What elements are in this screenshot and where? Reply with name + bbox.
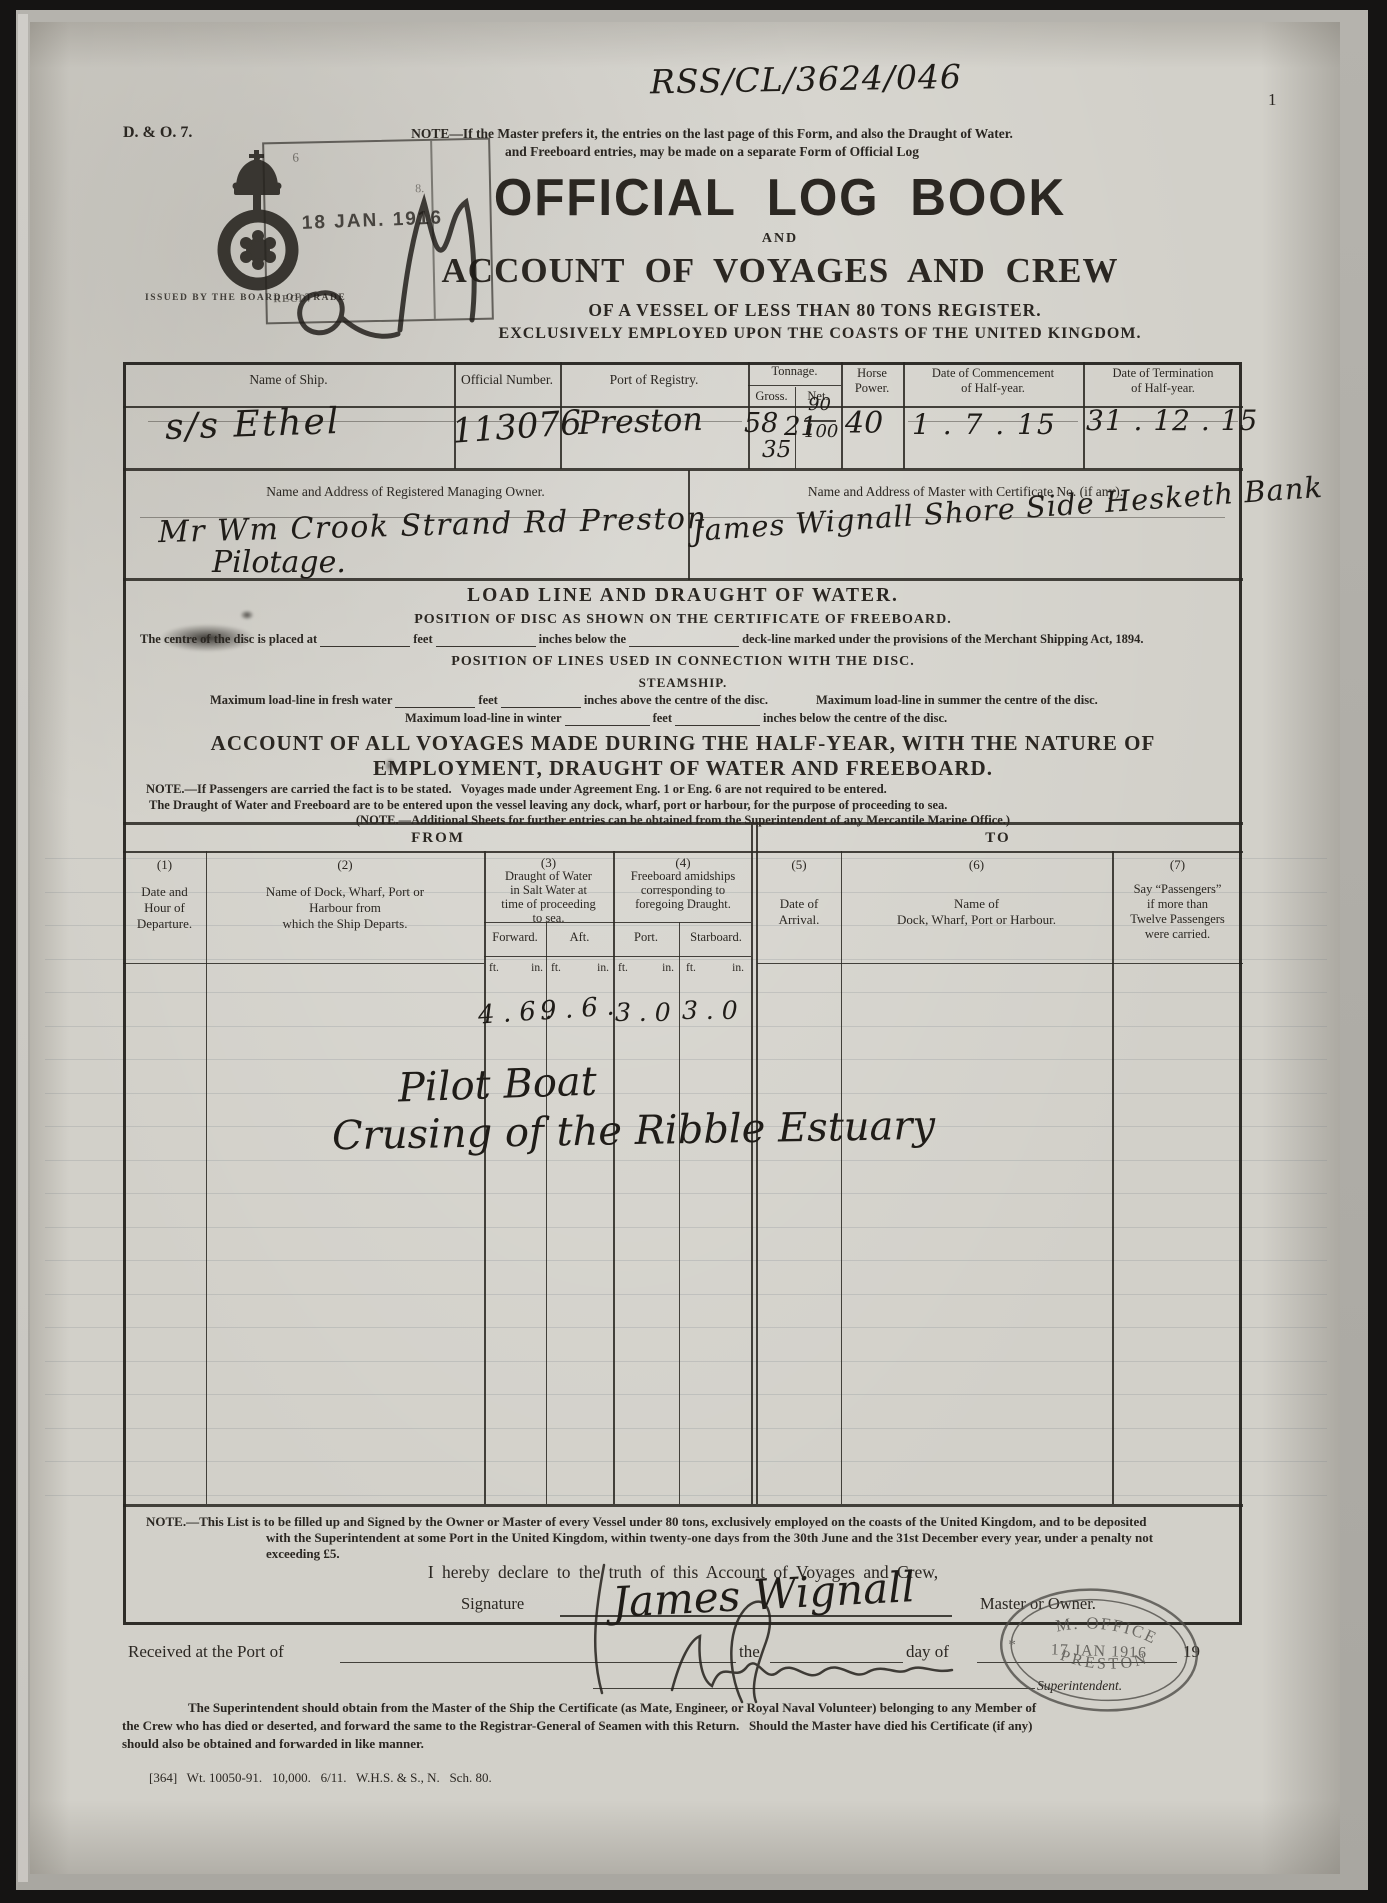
col-gross: Gross. (748, 389, 795, 404)
page-number: 1 (1268, 90, 1277, 110)
blank-field (629, 633, 739, 647)
declaration-note-line2: with the Superintendent at some Port in … (266, 1530, 1153, 1546)
starboard-subheader: Starboard. (679, 930, 753, 945)
col-horse-power: Horse Power. (841, 366, 903, 396)
col3-header: Draught of Water in Salt Water at time o… (484, 869, 613, 925)
load-line-heading: LOAD LINE AND DRAUGHT OF WATER. (123, 585, 1243, 607)
stamp-date: 17 JAN 1916 (1051, 1641, 1148, 1661)
account-note3: (NOTE.—Additional Sheets for further ent… (123, 813, 1243, 828)
gross-tonnage-value: 58 (744, 408, 778, 439)
archive-reference-number: RSS/CL/3624/046 (650, 58, 921, 102)
closing-line3: should also be obtained and forwarded in… (122, 1736, 424, 1752)
blank-field (501, 694, 581, 708)
aft-subheader: Aft. (546, 930, 613, 945)
printer-imprint: [364] Wt. 10050-91. 10,000. 6/11. W.H.S.… (149, 1770, 492, 1786)
in-label: in. (531, 962, 543, 974)
freeboard-starboard-value: 3 . 0 (682, 996, 738, 1025)
forward-subheader: Forward. (484, 930, 546, 945)
col6-number: (6) (841, 857, 1112, 873)
port-subheader: Port. (613, 930, 679, 945)
net-tonnage-denominator: 100 (804, 421, 838, 442)
owner-value-line2: Pilotage. (212, 545, 346, 580)
declaration-note-line1: NOTE.—This List is to be filled up and S… (146, 1514, 1146, 1530)
horse-power-value: 40 (845, 406, 883, 441)
freeboard-port-value: 3 . 0 (615, 998, 671, 1027)
account-note2: The Draught of Water and Freeboard are t… (149, 798, 947, 813)
account-heading2: EMPLOYMENT, DRAUGHT OF WATER AND FREEBOA… (123, 756, 1243, 781)
termination-value: 31 . 12 . 15 (1086, 404, 1258, 437)
winter-pre: Maximum load-line in winter (405, 711, 562, 726)
stamp-star: * (1007, 1637, 1016, 1654)
feet-label: feet (478, 693, 497, 708)
col5-number: (5) (757, 857, 841, 873)
col1-number: (1) (123, 857, 206, 873)
page-title: OFFICIAL LOG BOOK (419, 168, 1141, 228)
commencement-value: 1 . 7 . 15 (912, 408, 1057, 441)
in-label: in. (597, 962, 609, 974)
blank-field (436, 633, 536, 647)
scanned-log-book-page: RSS/CL/3624/046 1 D. & O. 7. NOTE—If the… (0, 0, 1387, 1903)
and-word: AND (400, 231, 1160, 247)
position-disc-line: POSITION OF DISC AS SHOWN ON THE CERTIFI… (123, 612, 1243, 628)
to-band-label: TO (753, 830, 1243, 847)
draught-aft-value: 9 . 6 . (539, 991, 615, 1026)
col7-number: (7) (1112, 857, 1243, 873)
steamship-label: STEAMSHIP. (123, 675, 1243, 691)
blank-field (675, 712, 760, 726)
col-termination: Date of Termination of Half-year. (1083, 366, 1243, 396)
closing-line1: The Superintendent should obtain from th… (188, 1700, 1036, 1716)
col6-header: Name of Dock, Wharf, Port or Harbour. (841, 896, 1112, 928)
owner-header: Name and Address of Registered Managing … (123, 484, 688, 500)
received-at-port-label: Received at the Port of (128, 1642, 284, 1662)
col-port-of-registry: Port of Registry. (560, 372, 748, 388)
col-name-of-ship: Name of Ship. (123, 372, 454, 388)
signature-descender (595, 1565, 604, 1693)
ft-label: ft. (618, 962, 628, 974)
ft-in-labels-port: ft.in. (618, 962, 674, 974)
employed-line: EXCLUSIVELY EMPLOYED UPON THE COASTS OF … (420, 325, 1220, 343)
superintendent-signature-scrawl (672, 1636, 952, 1690)
ft-label: ft. (551, 962, 561, 974)
ft-in-labels-starboard: ft.in. (686, 962, 744, 974)
closing-line2: the Crew who has died or deserted, and f… (122, 1718, 1033, 1734)
winter-line: Maximum load-line in winterfeetinches be… (405, 711, 947, 726)
ft-label: ft. (686, 962, 696, 974)
col-tonnage: Tonnage. (748, 364, 841, 379)
ft-in-labels-aft: ft.in. (551, 962, 609, 974)
winter-tail: inches below the centre of the disc. (763, 711, 947, 726)
account-note1: NOTE.—If Passengers are carried the fact… (146, 782, 887, 797)
summer-text: Maximum load-line in summer the centre o… (816, 693, 1098, 708)
handwritten-initials-scrawl (280, 180, 510, 355)
in-label: in. (662, 962, 674, 974)
feet-label: feet (653, 711, 672, 726)
disc-centre-line: The centre of the disc is placed atfeeti… (140, 632, 1144, 647)
fresh-pre: Maximum load-line in fresh water (210, 693, 392, 708)
col4-header: Freeboard amidships corresponding to for… (613, 869, 753, 911)
nature-of-employment-line1: Pilot Boat (397, 1059, 597, 1112)
col-commencement: Date of Commencement of Half-year. (903, 366, 1083, 396)
signature-label: Signature (461, 1594, 524, 1614)
col2-number: (2) (206, 857, 484, 873)
col-official-number: Official Number. (454, 372, 560, 388)
disc-centre-pre: The centre of the disc is placed at (140, 632, 317, 647)
fresh-water-line: Maximum load-line in fresh waterfeetinch… (210, 693, 1098, 708)
inches-below-label: inches below the (539, 632, 627, 647)
blank-field (320, 633, 410, 647)
col1-header: Date and Hour of Departure. (123, 884, 206, 932)
from-band-label: FROM (123, 830, 753, 847)
day-scrawl (731, 1602, 770, 1702)
in-label: in. (732, 962, 744, 974)
ft-label: ft. (489, 962, 499, 974)
inches-above-label: inches above the centre of the disc. (584, 693, 768, 708)
form-code: D. & O. 7. (123, 124, 192, 142)
feet-label: feet (413, 632, 432, 647)
col5-header: Date of Arrival. (757, 896, 841, 928)
deck-line-tail: deck-line marked under the provisions of… (742, 632, 1143, 647)
vessel-line: OF A VESSEL OF LESS THAN 80 TONS REGISTE… (415, 300, 1215, 321)
col7-header: Say “Passengers” if more than Twelve Pas… (1112, 882, 1243, 942)
col2-header: Name of Dock, Wharf, Port or Harbour fro… (206, 884, 484, 932)
account-heading1: ACCOUNT OF ALL VOYAGES MADE DURING THE H… (123, 731, 1243, 756)
port-of-registry-value: Preston (577, 400, 703, 442)
position-lines-heading: POSITION OF LINES USED IN CONNECTION WIT… (123, 654, 1243, 670)
signature-scrawls (560, 1560, 1060, 1710)
declaration-note-line3: exceeding £5. (266, 1546, 340, 1562)
net-tonnage-numerator: 90 (808, 394, 831, 415)
official-number-value: 113076 (451, 404, 564, 452)
ship-name-value: s/s Ethel (164, 401, 341, 448)
blank-field (565, 712, 650, 726)
blank-field (395, 694, 475, 708)
ft-in-labels-forward: ft.in. (489, 962, 543, 974)
